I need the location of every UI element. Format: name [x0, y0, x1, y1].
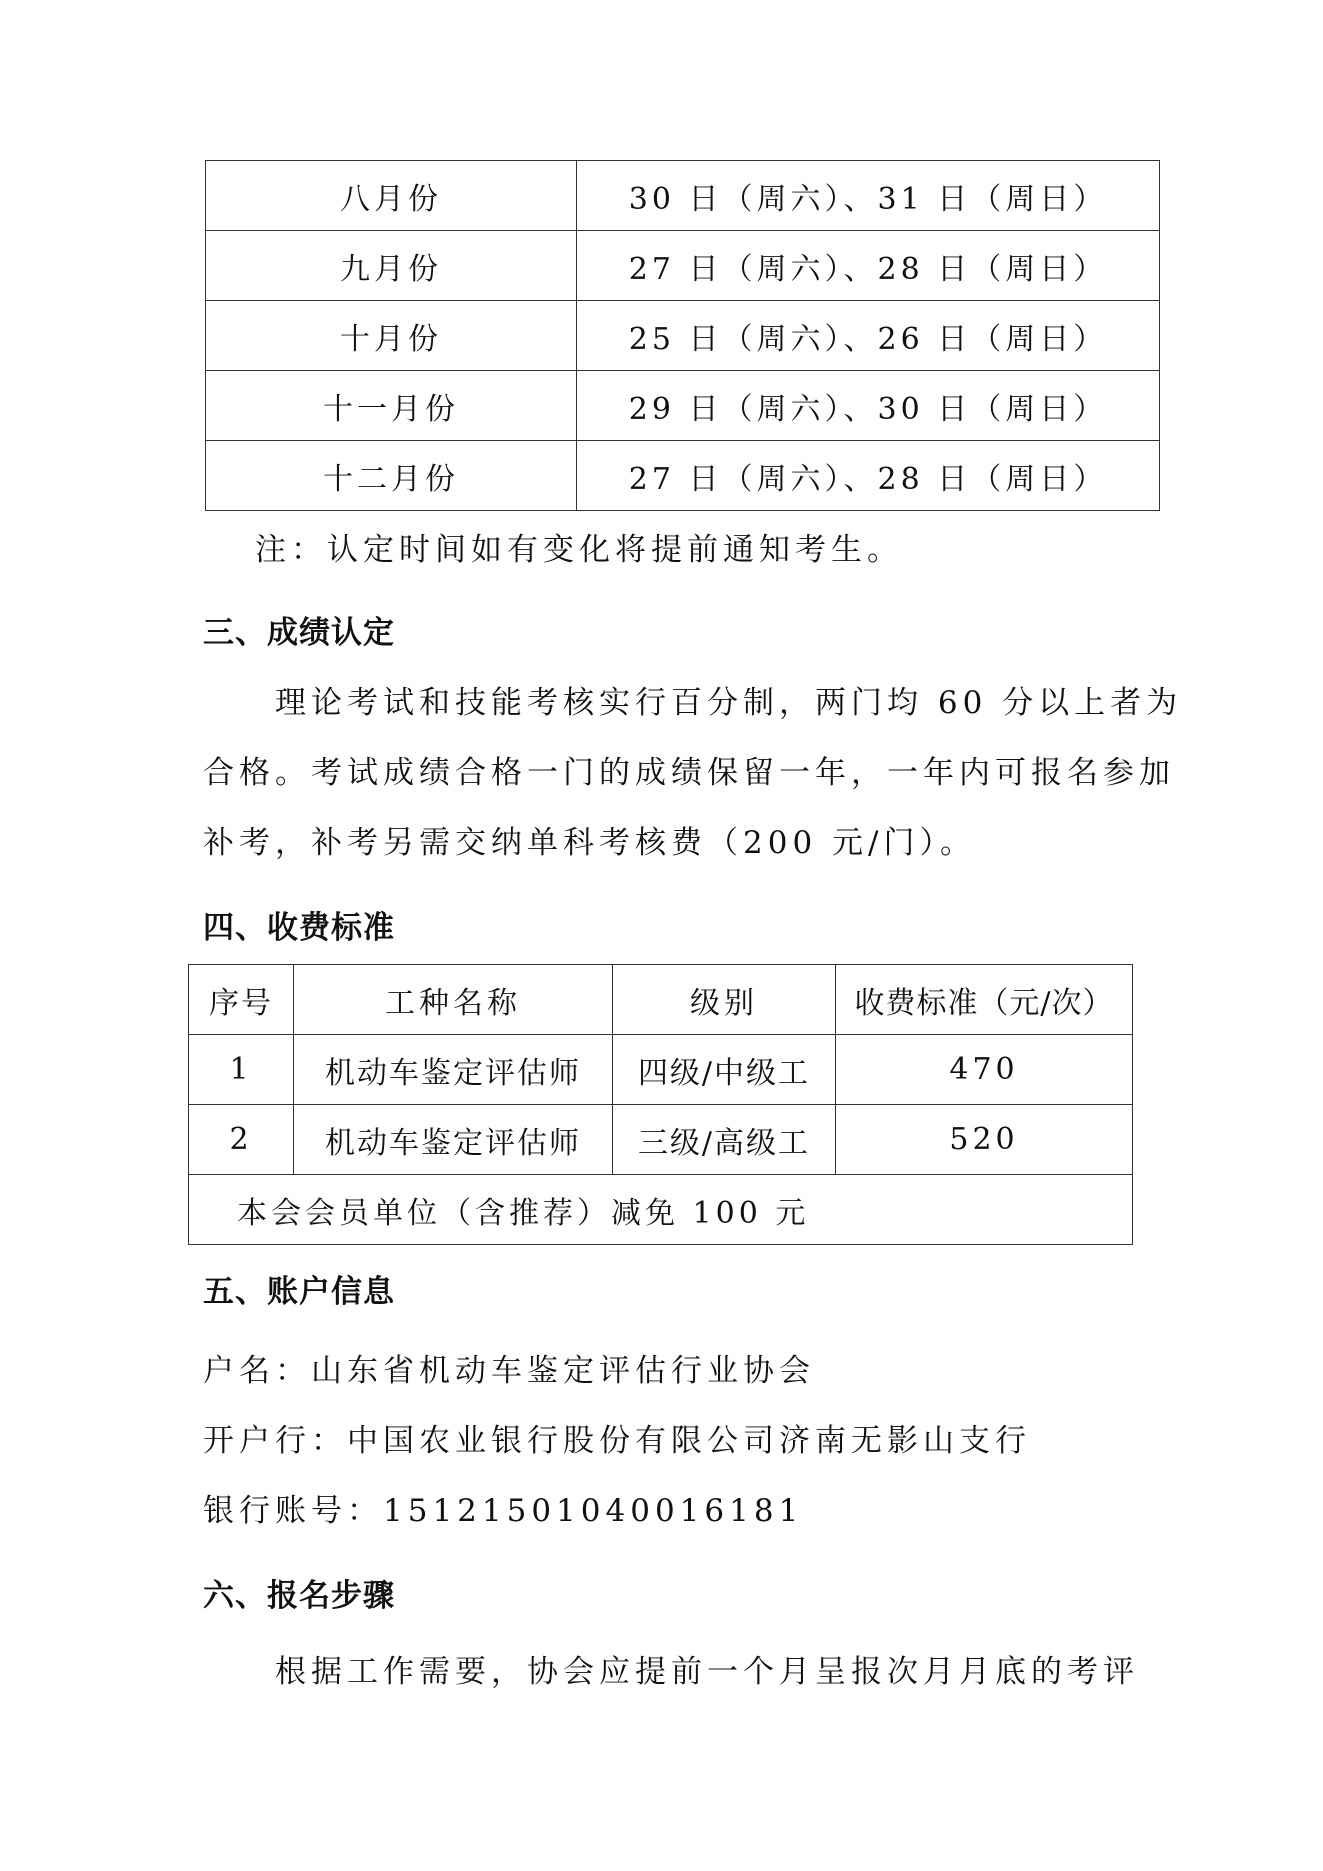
table-footer-row: 本会会员单位（含推荐）减免 100 元 [189, 1175, 1133, 1245]
table-row: 九月份 27 日（周六）、28 日（周日） [206, 231, 1160, 301]
account-number: 银行账号：15121501040016181 [203, 1476, 1153, 1546]
registration-paragraph: 根据工作需要，协会应提前一个月呈报次月月底的考评 [203, 1637, 1153, 1707]
fee-table: 序号 工种名称 级别 收费标准（元/次） 1 机动车鉴定评估师 四级/中级工 4… [188, 964, 1133, 1245]
paragraph-line: 根据工作需要，协会应提前一个月呈报次月月底的考评 [203, 1637, 1153, 1707]
serial-cell: 2 [189, 1105, 294, 1175]
paragraph-line: 理论考试和技能考核实行百分制，两门均 60 分以上者为 [203, 668, 1153, 738]
job-name-cell: 机动车鉴定评估师 [294, 1035, 613, 1105]
month-cell: 九月份 [206, 231, 577, 301]
month-cell: 八月份 [206, 161, 577, 231]
schedule-note: 注：认定时间如有变化将提前通知考生。 [203, 515, 1153, 585]
job-name-cell: 机动车鉴定评估师 [294, 1105, 613, 1175]
table-row: 十月份 25 日（周六）、26 日（周日） [206, 301, 1160, 371]
fee-cell: 520 [836, 1105, 1133, 1175]
section-heading-fees: 四、收费标准 [203, 902, 395, 947]
level-cell: 四级/中级工 [613, 1035, 836, 1105]
table-row: 十二月份 27 日（周六）、28 日（周日） [206, 441, 1160, 511]
fee-cell: 470 [836, 1035, 1133, 1105]
column-header: 级别 [613, 965, 836, 1035]
dates-cell: 27 日（周六）、28 日（周日） [577, 231, 1160, 301]
month-cell: 十二月份 [206, 441, 577, 511]
table-row: 2 机动车鉴定评估师 三级/高级工 520 [189, 1105, 1133, 1175]
member-discount-note: 本会会员单位（含推荐）减免 100 元 [189, 1175, 1133, 1245]
paragraph-line: 合格。考试成绩合格一门的成绩保留一年，一年内可报名参加 [203, 738, 1153, 808]
account-name: 户名：山东省机动车鉴定评估行业协会 [203, 1336, 1153, 1406]
dates-cell: 30 日（周六）、31 日（周日） [577, 161, 1160, 231]
table-row: 十一月份 29 日（周六）、30 日（周日） [206, 371, 1160, 441]
dates-cell: 29 日（周六）、30 日（周日） [577, 371, 1160, 441]
bank-name: 开户行：中国农业银行股份有限公司济南无影山支行 [203, 1406, 1153, 1476]
table-row: 八月份 30 日（周六）、31 日（周日） [206, 161, 1160, 231]
dates-cell: 27 日（周六）、28 日（周日） [577, 441, 1160, 511]
scores-paragraph: 理论考试和技能考核实行百分制，两门均 60 分以上者为 合格。考试成绩合格一门的… [203, 668, 1153, 878]
dates-cell: 25 日（周六）、26 日（周日） [577, 301, 1160, 371]
month-cell: 十月份 [206, 301, 577, 371]
table-row: 1 机动车鉴定评估师 四级/中级工 470 [189, 1035, 1133, 1105]
column-header: 序号 [189, 965, 294, 1035]
note-text: 注：认定时间如有变化将提前通知考生。 [203, 532, 903, 568]
paragraph-line: 补考，补考另需交纳单科考核费（200 元/门）。 [203, 808, 1153, 878]
table-header-row: 序号 工种名称 级别 收费标准（元/次） [189, 965, 1133, 1035]
section-heading-registration: 六、报名步骤 [203, 1570, 395, 1615]
serial-cell: 1 [189, 1035, 294, 1105]
level-cell: 三级/高级工 [613, 1105, 836, 1175]
exam-schedule-table: 八月份 30 日（周六）、31 日（周日） 九月份 27 日（周六）、28 日（… [205, 160, 1160, 511]
column-header: 收费标准（元/次） [836, 965, 1133, 1035]
column-header: 工种名称 [294, 965, 613, 1035]
month-cell: 十一月份 [206, 371, 577, 441]
section-heading-scores: 三、成绩认定 [203, 607, 395, 652]
section-heading-account: 五、账户信息 [203, 1266, 395, 1311]
account-info: 户名：山东省机动车鉴定评估行业协会 开户行：中国农业银行股份有限公司济南无影山支… [203, 1336, 1153, 1546]
